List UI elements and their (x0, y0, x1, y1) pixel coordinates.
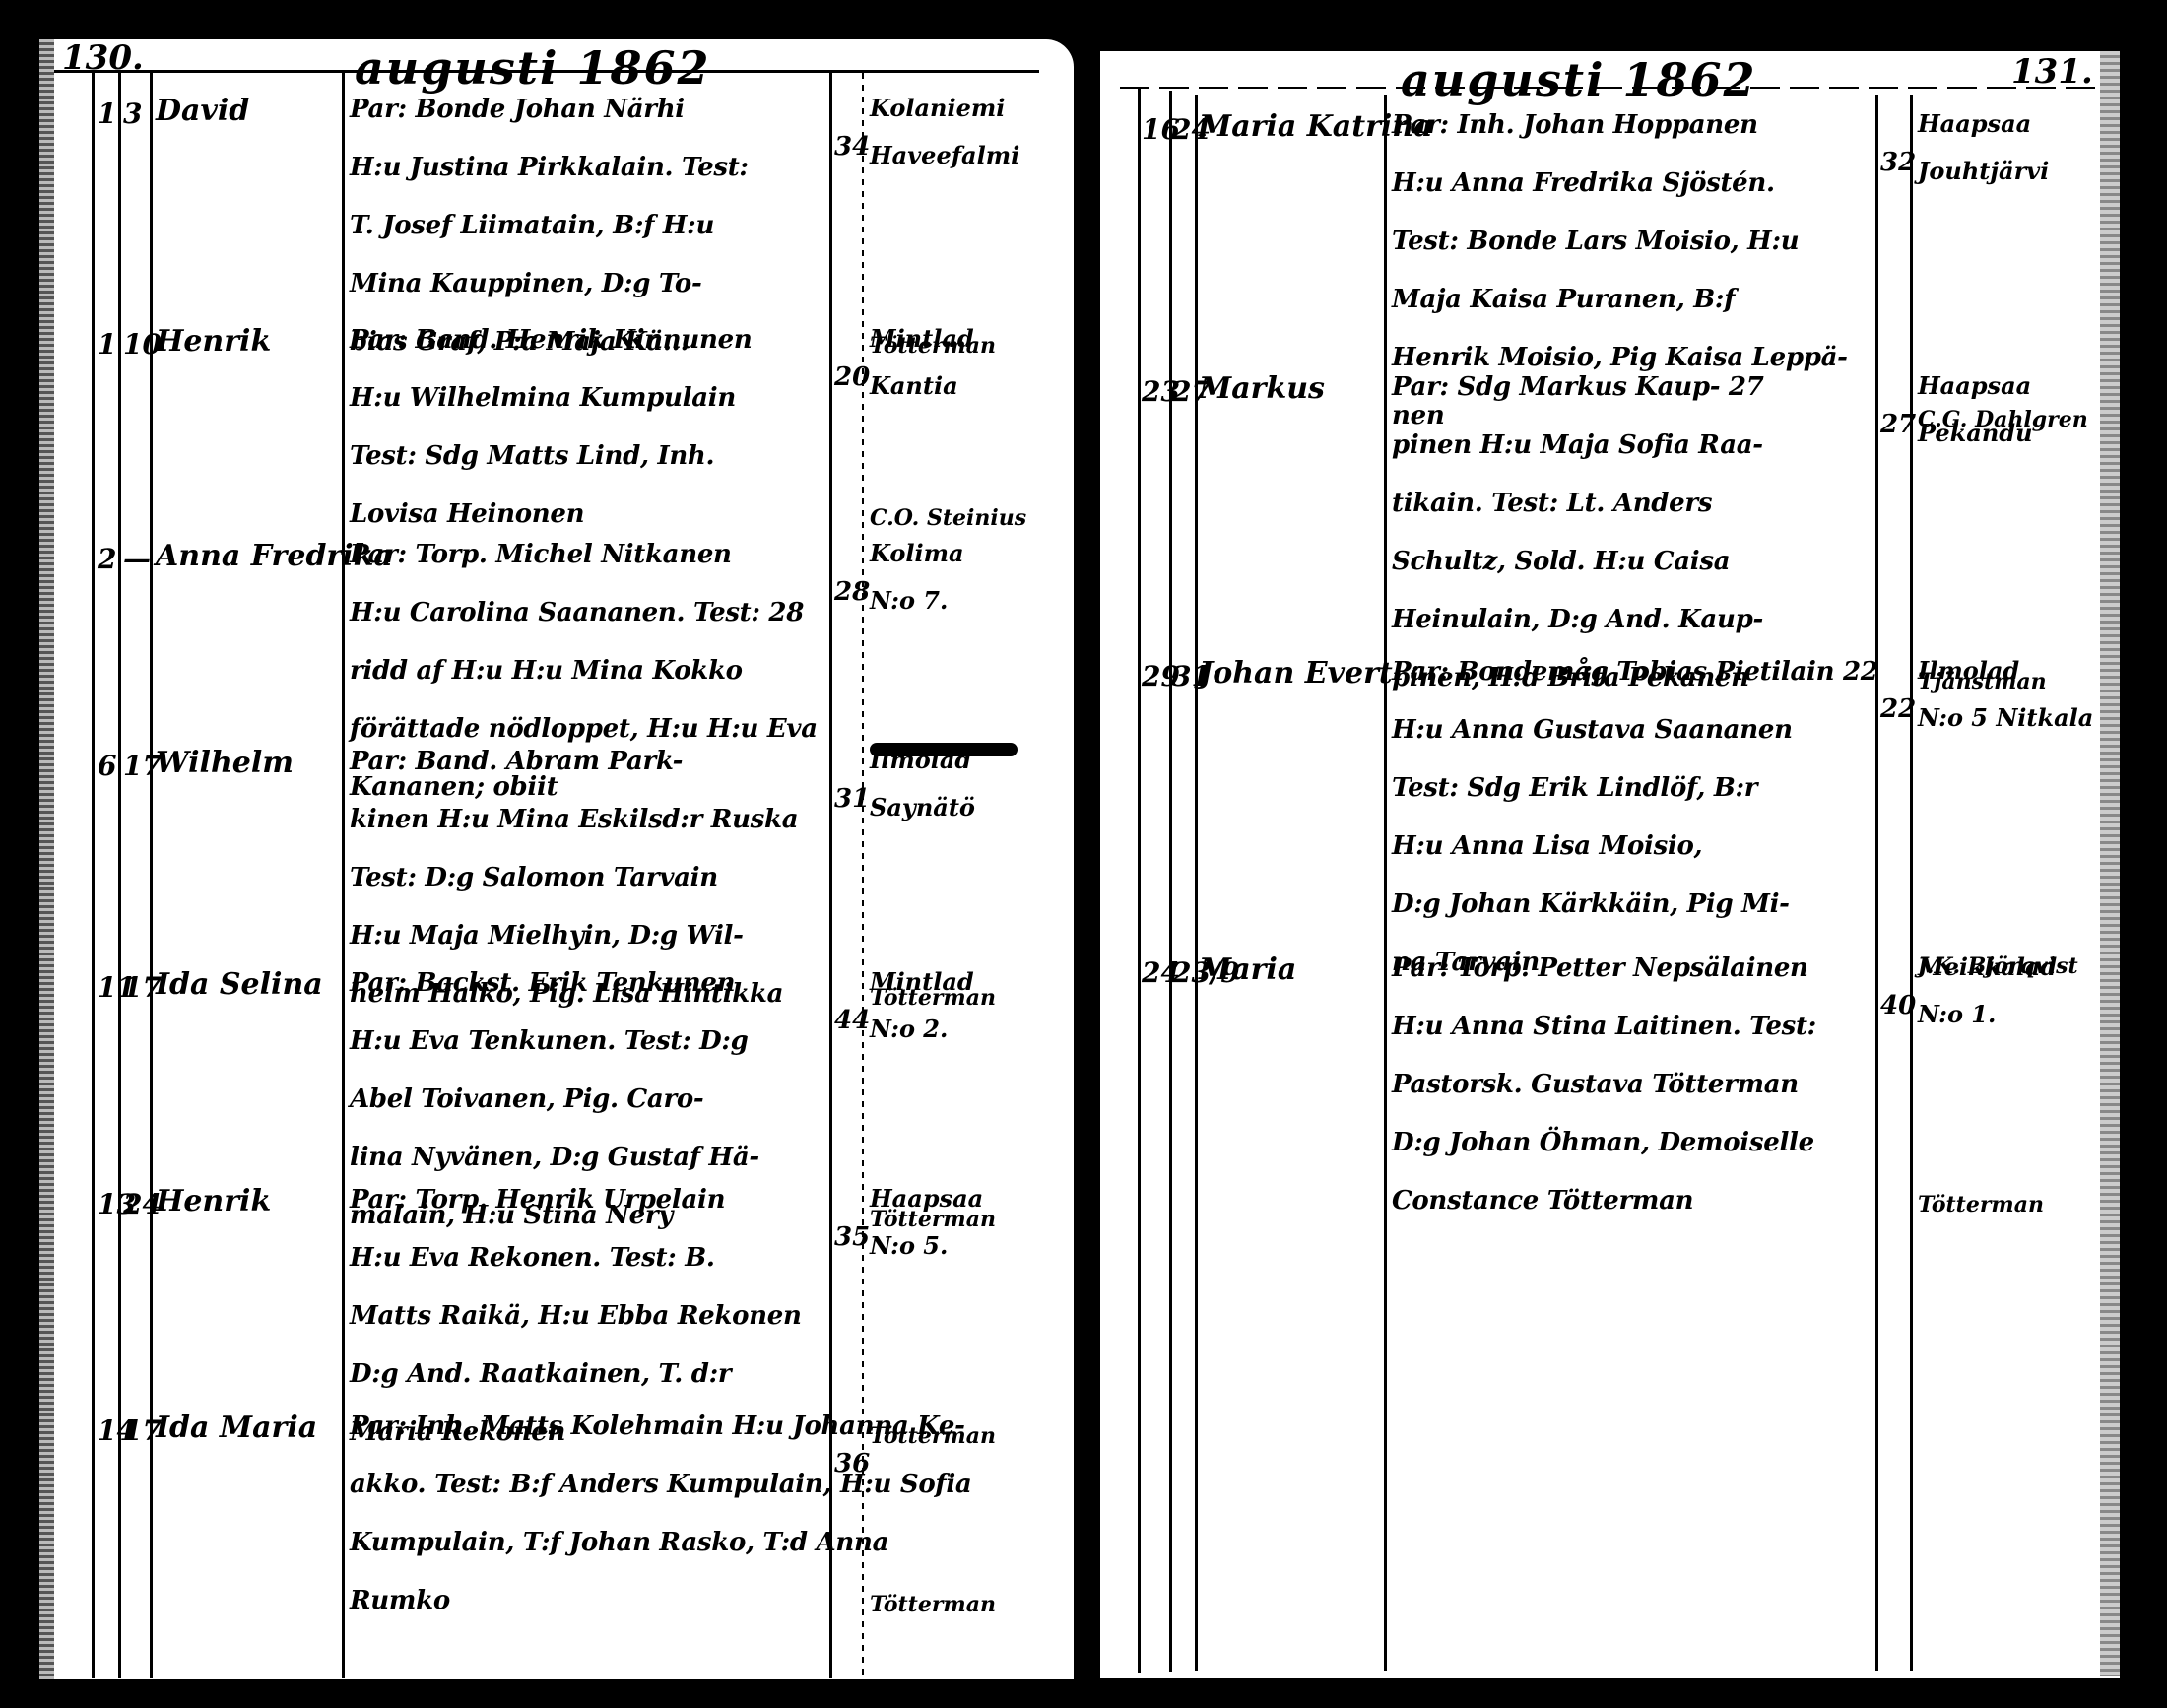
column-rule (1384, 95, 1387, 1671)
entry-text-line: Par: Sdg Markus Kaup- 27 (1392, 374, 1764, 400)
entry-text-line: Test: Bonde Lars Moisio, H:u (1392, 229, 1799, 254)
child-name: Henrik (156, 1187, 271, 1216)
child-name: Markus (1199, 374, 1325, 404)
entry-text-line: lina Nyvänen, D:g Gustaf Hä- (350, 1145, 759, 1170)
page-header-month: augusti 1862 (1401, 57, 1757, 102)
child-name: David (156, 97, 249, 126)
entry-text-line: Rumko (350, 1588, 450, 1613)
residence: Haapsaa (1918, 112, 2031, 136)
mother-age: 36 (834, 1451, 870, 1477)
entry-text-line: H:u Wilhelmina Kumpulain (350, 385, 736, 411)
entry-text-line: H:u Eva Rekonen. Test: B. (350, 1245, 715, 1271)
residence: Kolaniemi (870, 97, 1005, 120)
residence: Saynätö (870, 796, 975, 820)
entry-text-line: Test: Sdg Matts Lind, Inh. (350, 443, 714, 469)
column-rule (342, 73, 345, 1678)
child-name: Ida Selina (156, 970, 323, 1000)
entry-text-line: Abel Toivanen, Pig. Caro- (350, 1086, 703, 1112)
child-name: Henrik (156, 327, 271, 357)
entry-text-line: Par: Torp. Henrik Urpelain (350, 1187, 725, 1213)
entry-text-line: D:g Johan Kärkkäin, Pig Mi- (1392, 891, 1790, 917)
column-rule (1195, 95, 1198, 1671)
book-edge-right (2100, 51, 2120, 1676)
residence: Pekandu (1918, 422, 2033, 445)
entry-text-line: Par: Band. Henrik Kinnunen (350, 327, 752, 353)
column-rule (1875, 95, 1878, 1671)
entry-text-line: pinen H:u Maja Sofia Raa- (1392, 432, 1763, 458)
page-header-month: augusti 1862 (355, 45, 711, 91)
entry-number: 2 (98, 546, 116, 573)
entry-day: 3 (123, 100, 142, 128)
entry-text-line: Par: Band. Abram Park- (350, 749, 683, 774)
mother-age: 32 (1880, 150, 1916, 175)
entry-text-line: förättade nödloppet, H:u H:u Eva (350, 716, 818, 742)
entry-text-line: T. Josef Liimatain, B:f H:u (350, 213, 714, 238)
residence: Kolima (870, 542, 964, 565)
residence: Haapsaa (1918, 374, 2031, 398)
entry-text-line: Matts Raikä, H:u Ebba Rekonen (350, 1303, 802, 1329)
column-rule (1138, 87, 1141, 1673)
entry-text-line: Mina Kauppinen, D:g To- (350, 271, 701, 296)
residence: N:o 5 Nitkala (1918, 706, 2093, 730)
entry-number: 1 (98, 331, 116, 359)
header-rule (54, 70, 1039, 73)
column-rule (1169, 91, 1172, 1672)
entry-text-line: H:u Eva Tenkunen. Test: D:g (350, 1028, 749, 1054)
mother-age: 35 (834, 1224, 870, 1250)
child-name: Wilhelm (156, 749, 294, 778)
residence: Mintlad (870, 327, 974, 351)
entry-text-line: Pastorsk. Gustava Tötterman (1392, 1072, 1799, 1097)
residence: N:o 7. (870, 589, 948, 613)
mother-age: 34 (834, 134, 870, 160)
mother-age: 40 (1880, 993, 1916, 1018)
residence: N:o 1. (1918, 1003, 1996, 1026)
entry-text-line: ridd af H:u H:u Mina Kokko (350, 658, 743, 684)
residence: N:o 2. (870, 1018, 948, 1041)
entry-text-line: Par: Inh. Matts Kolehmain H:u Johanna Ke… (350, 1413, 965, 1439)
column-rule (1910, 95, 1913, 1671)
entry-text-line: Constance Tötterman (1392, 1188, 1693, 1214)
entry-text-line: H:u Maja Mielhyin, D:g Wil- (350, 923, 744, 949)
residence: Mintlad (870, 970, 974, 994)
entry-text-line: Lovisa Heinonen (350, 501, 584, 527)
entry-text-line: Par: Torp. Michel Nitkanen (350, 542, 732, 567)
mother-age: 22 (1880, 696, 1916, 722)
residence: Haveefalmi (870, 144, 1019, 167)
residence: Haapsaa (870, 1187, 983, 1211)
residence: N:o 5. (870, 1234, 948, 1258)
ink-strike-mark (870, 743, 1018, 756)
entry-text-line: Henrik Moisio, Pig Kaisa Leppä- (1392, 345, 1848, 370)
entry-text-line: Kumpulain, T:f Johan Rasko, T:d Anna (350, 1530, 888, 1555)
entry-number: 1 (98, 100, 116, 128)
entry-text-line: H:u Carolina Saananen. Test: 28 (350, 600, 804, 625)
entry-text-line: Par: Bondemåg Tobias Pietilain 22 (1392, 659, 1878, 685)
entry-text-line: Par: Bonde Johan Närhi (350, 97, 685, 122)
right-page: augusti 1862 131. 1624Maria KatrinaPar: … (1100, 51, 2120, 1678)
entry-text-line: kinen H:u Mina Eskilsd:r Ruska (350, 807, 798, 832)
mother-age: 27 (1880, 412, 1916, 437)
book-spine (1074, 39, 1100, 1684)
entry-text-line: Par: Inh. Johan Hoppanen (1392, 112, 1758, 138)
officiant-signature: C.O. Steinius (870, 507, 1026, 529)
column-rule (92, 73, 95, 1678)
entry-number: 6 (98, 753, 116, 780)
entry-text-line: Kananen; obiit (350, 774, 558, 800)
entry-text-line: Schultz, Sold. H:u Caisa (1392, 549, 1730, 574)
entry-text-line: H:u Justina Pirkkalain. Test: (350, 155, 749, 180)
mother-age: 31 (834, 786, 870, 812)
entry-day: — (123, 546, 151, 573)
entry-text-line: D:g Johan Öhman, Demoiselle (1392, 1130, 1814, 1155)
residence: Kantia (870, 374, 958, 398)
entry-text-line: D:g And. Raatkainen, T. d:r (350, 1361, 731, 1387)
entry-text-line: Test: Sdg Erik Lindlöf, B:r (1392, 775, 1757, 801)
entry-text-line: akko. Test: B:f Anders Kumpulain, H:u So… (350, 1472, 971, 1497)
entry-text-line: Maja Kaisa Puranen, B:f (1392, 287, 1735, 312)
mother-age: 20 (834, 364, 870, 390)
child-name: Ida Maria (156, 1413, 317, 1443)
entry-text-line: nen (1392, 403, 1444, 428)
entry-text-line: Par: Backst. Erik Tenkunen (350, 970, 735, 996)
residence: Jouhtjärvi (1918, 160, 2049, 183)
entry-text-line: H:u Anna Lisa Moisio, (1392, 833, 1702, 859)
entry-text-line: Heinulain, D:g And. Kaup- (1392, 607, 1763, 632)
mother-age: 44 (834, 1008, 870, 1033)
officiant-signature: Tötterman (1918, 1194, 2044, 1215)
page-number: 131. (2011, 55, 2093, 89)
child-name: Johan Evert (1199, 659, 1393, 689)
residence: Ilmolad (1918, 659, 2019, 683)
entry-text-line: H:u Anna Stina Laitinen. Test: (1392, 1014, 1816, 1039)
entry-text-line: tikain. Test: Lt. Anders (1392, 491, 1712, 516)
header-rule (1120, 87, 2095, 89)
child-name: Maria (1199, 955, 1296, 985)
left-page: 130. augusti 1862 13DavidPar: Bonde Joha… (54, 39, 1074, 1679)
entry-text-line: Test: D:g Salomon Tarvain (350, 865, 718, 890)
entry-text-line: H:u Anna Fredrika Sjöstén. (1392, 170, 1775, 196)
entry-text-line: Par: Torp. Petter Nepsälainen (1392, 955, 1808, 981)
mother-age: 28 (834, 579, 870, 605)
officiant-signature: Tötterman (870, 1594, 996, 1615)
residence: Meikkalad (1918, 955, 2057, 979)
entry-text-line: H:u Anna Gustava Saananen (1392, 717, 1793, 743)
